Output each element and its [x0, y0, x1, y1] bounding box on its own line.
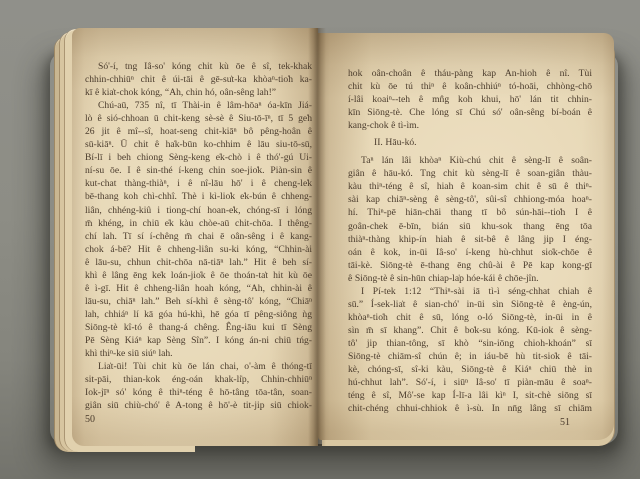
text-line: 26 jit ê mî--sî, hoat-seng chit-kiāⁿ bô … — [85, 125, 312, 138]
text-line: sū.” Í-sek-lia̍t ê sian-chó' in-ūi sìn S… — [348, 298, 592, 311]
text-line: khì ê lâng ēng ke̍k loán-jio̍k ê ōe thoá… — [85, 269, 312, 282]
text-line: bē-thang koh chì-chhî. Thè i kì-lio̍k e̍… — [85, 190, 312, 203]
text-line: kè, chóng-sī, sî-ki kàu, Siōng-tè ê Kiáⁿ… — [348, 363, 592, 376]
left-page-text-column: Só'-í, tng Iâ-so' kóng chit kù ōe ê sî, … — [85, 60, 312, 426]
text-line: Chú-aū, 735 nî, tī Thài-in ê lâm-hōaⁿ óa… — [85, 99, 312, 112]
text-line: téng ê sî, Mô'-se kap Í-lī-a lâi kìⁿ I, … — [348, 389, 592, 402]
text-line: kàu thiⁿ-téng ê sî, hiah ê koan-sim chit… — [348, 180, 592, 193]
text-line: oán ê kok, in-ūi Iâ-so' í-keng hù-chhut … — [348, 246, 592, 259]
text-line: Lia̍t-ūi! Tùi chit kù ōe lán chai, o'-àm… — [85, 360, 312, 373]
text-line: chí lah. Tī sí í-chêng m̄ chai ē oân-sên… — [85, 230, 312, 243]
text-line: lāu-su, chiāⁿ lah.” Beh sí-khì ê sèng-tô… — [85, 295, 312, 308]
page-number-right: 51 — [348, 416, 592, 429]
text-line: kīn Siōng-tè. Che lóng sī Chú só' oân-sê… — [348, 106, 592, 119]
text-line: sū-kiāⁿ. Ū chit ê ha̍k-būn ko-chhim ê lā… — [85, 138, 312, 151]
text-line: chit-chéng chhui-chhiok ê ì-sù. In nn̄g … — [348, 402, 592, 415]
text-line: hok oân-choân ê tháu-pàng kap An-hioh ê … — [348, 67, 592, 80]
text-line: kut-chat thàng-thiàⁿ, i ê nî-lāu hō' i ê… — [85, 177, 312, 190]
text-line: m̄ khéng, in chiū e̍k kàu chòe-aū chit-c… — [85, 217, 312, 230]
right-page-lines: hok oân-choân ê tháu-pàng kap An-hioh ê … — [348, 67, 592, 415]
section-heading: II. Hāu-kó. — [348, 136, 592, 149]
text-line: chok á-bē? Hit ê chheng-liân su-ki kóng,… — [85, 243, 312, 256]
text-line: hú-chhut lah”. Só'-í, i siūⁿ Iâ-so' tī p… — [348, 376, 592, 389]
text-line: khòaⁿ-tio̍h chit ê sū, lóng o-ló Siōng-t… — [348, 311, 592, 324]
text-line: liân, chhéng-kiû i tiong-chí hoan-e̍k, c… — [85, 204, 312, 217]
text-line: khì thiⁿ-ke siū siúⁿ lah. — [85, 347, 312, 360]
text-line: sit-pāi, thian-kok éng-oán khak-li̍p, Ch… — [85, 373, 312, 386]
left-page: Só'-í, tng Iâ-so' kóng chit kù ōe ê sî, … — [72, 28, 318, 446]
text-line: Bí-lī i beh chiong Sèng-keng e̍k-chò i ê… — [85, 151, 312, 164]
text-line: I Pí-tek 1:12 “Thiⁿ-sài iā tì-ì séng-chh… — [348, 285, 592, 298]
text-line: sìn m̄ sī khang”. Chit ê bo̍k-su kóng. K… — [348, 324, 592, 337]
book-photo: Só'-í, tng Iâ-so' kóng chit kù ōe ê sî, … — [0, 0, 640, 479]
text-line: kī ê kia̍t-chok kóng, “Ah, chin hó, oân-… — [85, 86, 312, 99]
text-line: Taⁿ lán lâi khòaⁿ Kiù-chú chit ê sèng-lī… — [348, 154, 592, 167]
text-line: giân siū chiù-chó' ê A-tong ê hō'-è tit-… — [85, 399, 312, 412]
text-line: ê Siōng-tè ê sin-hūn chiap-la̍p hóe-kái … — [348, 272, 592, 285]
text-line: ní-su ōe. I ê sin-thé í-keng chin soe-ji… — [85, 164, 312, 177]
text-line: hí. Thiⁿ-pē hiān-chāi thang tī bô sún-hā… — [348, 206, 592, 219]
text-line: Só'-í, tng Iâ-so' kóng chit kù ōe ê sî, … — [85, 60, 312, 73]
text-line: thiàⁿ-thàng khip-ín hiah ê sit-bê ê lâng… — [348, 233, 592, 246]
right-page-text-column: hok oân-choân ê tháu-pàng kap An-hioh ê … — [348, 67, 592, 429]
right-page: hok oân-choân ê tháu-pàng kap An-hioh ê … — [318, 33, 614, 440]
page-number-left: 50 — [85, 413, 312, 426]
text-line: kang-chok ê tì-ìm. — [348, 119, 592, 132]
text-line: sài kap chiāⁿ-sèng ê sèng-tô', sûi-sî ch… — [348, 193, 592, 206]
text-line: Pē Sèng Kiáⁿ kap Sèng Sîn”. I kóng án-ni… — [85, 334, 312, 347]
text-line: tāi-kè. Siōng-tè ē-thang ēng chû-ài ê Pē… — [348, 259, 592, 272]
left-page-lines: Só'-í, tng Iâ-so' kóng chit kù ōe ê sî, … — [85, 60, 312, 412]
text-line: goân-chek ē-bīn, bián siū khu-sok thang … — [348, 220, 592, 233]
text-line: chit kù ōe tú thiⁿ ê koân-chhiúⁿ tó-hoāi… — [348, 80, 592, 93]
text-line: tô' jip thian-tông, sī khò “sin-iōng chi… — [348, 337, 592, 350]
text-line: Iok-jīⁿ só' kóng ê thiⁿ-téng ê hō-tâng t… — [85, 386, 312, 399]
text-line: ê ì-gī. Hit ê chheng-liân hoah kóng, “Ah… — [85, 282, 312, 295]
text-line: Siōng-tè chiām-sî chún ê; in iáu-bē hù t… — [348, 350, 592, 363]
text-line: giân ê hāu-kó. Tng chit kù sèng-lī ê soa… — [348, 167, 592, 180]
text-line: í-lâi koaiⁿ--teh ê mn̂g koh khui, hō' lá… — [348, 93, 592, 106]
text-line: lò ê sió-chhoan ū chit-keng sè-sè ê Siu-… — [85, 112, 312, 125]
text-line: ê lāu-su, chhun chit-chōa nā-tiāⁿ lah.” … — [85, 256, 312, 269]
text-line: Siōng-tè kî-tó ê thang-á chêng. Êng-iāu … — [85, 321, 312, 334]
text-line: chhin-chhiūⁿ chit ê úi-tāi ê gē-su̍t-ka … — [85, 73, 312, 86]
text-line: lah, chhiáⁿ lí kā góa hú-khì, hē góa tī … — [85, 308, 312, 321]
